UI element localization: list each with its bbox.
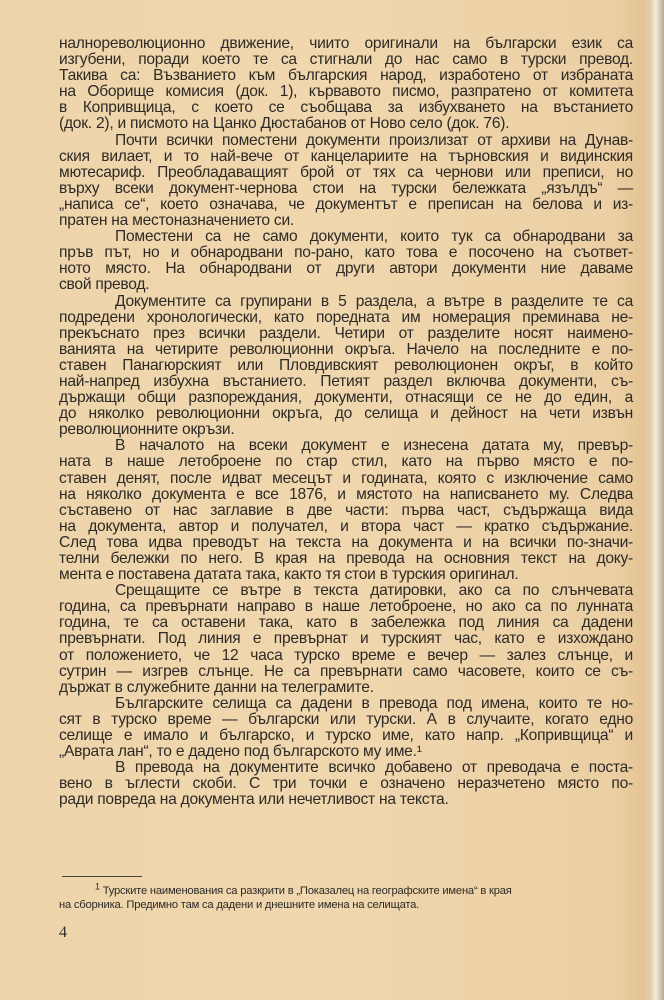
text-line: ната в наше летоброене по стар стил, кат… [59,454,633,470]
text-line: мента е поставена датата така, както тя … [59,567,633,583]
text-line: Почти всички поместени документи произли… [59,133,633,149]
text-line: Срещащите се вътре в текста датировки, а… [59,583,633,599]
text-line: върху всеки документ-чернова стои на тур… [59,181,633,197]
text-line: Документите са групирани в 5 раздела, а … [59,294,633,310]
text-line: най-напред избухна въстанието. Петият ра… [59,374,633,390]
text-line: Поместени са не само документи, които ту… [59,229,633,245]
text-line: селище е имало и българско, и турско име… [59,728,633,744]
text-line: Такива са: Възванието към българския нар… [59,68,633,84]
text-line: телни бележки по него. В края на превода… [59,551,633,567]
text-line: ставен Панагюрският или Пловдивският рев… [59,358,633,374]
text-line: мютесариф. Преобладаващият брой от тях с… [59,165,633,181]
text-line: държащи общи разпореждания, документи, о… [59,390,633,406]
text-line: на Оборище комисия (док. 1), кървавото п… [59,84,633,100]
text-line: сят в турско време — български или турск… [59,712,633,728]
text-line: ради повреда на документа или нечетливос… [59,792,633,808]
paragraph-8: В превода на документите всичко добавено… [59,760,633,808]
paragraph-3: Поместени са не само документи, които ту… [59,229,633,293]
footnote-text: Турските наименования са разкрити в „Пок… [103,885,512,897]
text-line: ното място. На обнародвани от други авто… [59,261,633,277]
text-line: вено в ъглести скоби. С три точки е озна… [59,776,633,792]
text-line: в Копривщица, с което се съобщава за изб… [59,100,633,116]
footnote: 1 Турските наименования са разкрити в „П… [59,884,633,912]
paragraph-4: Документите са групирани в 5 раздела, а … [59,294,633,439]
scanned-page: налнореволюционно движение, чиито оригин… [0,0,664,1000]
text-line: от положението, че 12 часа турско време … [59,648,633,664]
text-line: пратен на местоназначението си. [59,213,633,229]
text-line: прекъснато през всички раздели. Четири о… [59,326,633,342]
text-line: до няколко революционни окръга, до селищ… [59,406,633,422]
paragraph-2: Почти всички поместени документи произли… [59,133,633,230]
footnote-line: 1 Турските наименования са разкрити в „П… [59,884,633,898]
text-line: пръв път, но и обнародвани по-рано, като… [59,245,633,261]
paragraph-6: Срещащите се вътре в текста датировки, а… [59,583,633,696]
text-line: свой превод. [59,277,633,293]
text-line: на документа, автор и получател, и втора… [59,519,633,535]
text-line: подредени хронологически, като поредната… [59,310,633,326]
body-text: налнореволюционно движение, чиито оригин… [59,36,633,809]
text-line: ския вилает, и то най-вече от канцеларии… [59,149,633,165]
paragraph-1: налнореволюционно движение, чиито оригин… [59,36,633,133]
paragraph-7: Българските селища са дадени в превода п… [59,696,633,760]
text-line: „написа се“, което означава, че документ… [59,197,633,213]
text-line: съставено от нас заглавие в две части: п… [59,503,633,519]
footnote-line: на сборника. Предимно там са дадени и дн… [59,898,633,912]
page-number: 4 [59,924,67,942]
text-line: на няколко документа е все 1876, и място… [59,487,633,503]
text-line: Българските селища са дадени в превода п… [59,696,633,712]
text-line: година, те са оставени така, като в забе… [59,615,633,631]
text-line: държат в служебните данни на телеграмите… [59,680,633,696]
text-line: изгубени, поради което те са стигнали до… [59,52,633,68]
page-edge [650,0,664,1000]
text-line: превърнати. Под линия е превърнат и турс… [59,631,633,647]
text-line: година, са превърнати направо в наше лет… [59,599,633,615]
text-line: сутрин — изгрев слънце. Не са превърнати… [59,664,633,680]
footnote-marker: 1 [95,881,100,891]
text-line: В началото на всеки документ е изнесена … [59,438,633,454]
paragraph-5: В началото на всеки документ е изнесена … [59,438,633,583]
text-line: След това идва преводът на текста на док… [59,535,633,551]
text-line: налнореволюционно движение, чиито оригин… [59,36,633,52]
text-line: ставен денят, после идват месецът и годи… [59,471,633,487]
text-line: ванията на четирите революционни окръга.… [59,342,633,358]
text-line: „Аврата лан“, то е дадено под българскот… [59,744,633,760]
text-line: (док. 2), и писмото на Цанко Дюстабанов … [59,116,633,132]
footnote-divider [62,876,142,877]
text-line: революционните окръзи. [59,422,633,438]
text-line: В превода на документите всичко добавено… [59,760,633,776]
